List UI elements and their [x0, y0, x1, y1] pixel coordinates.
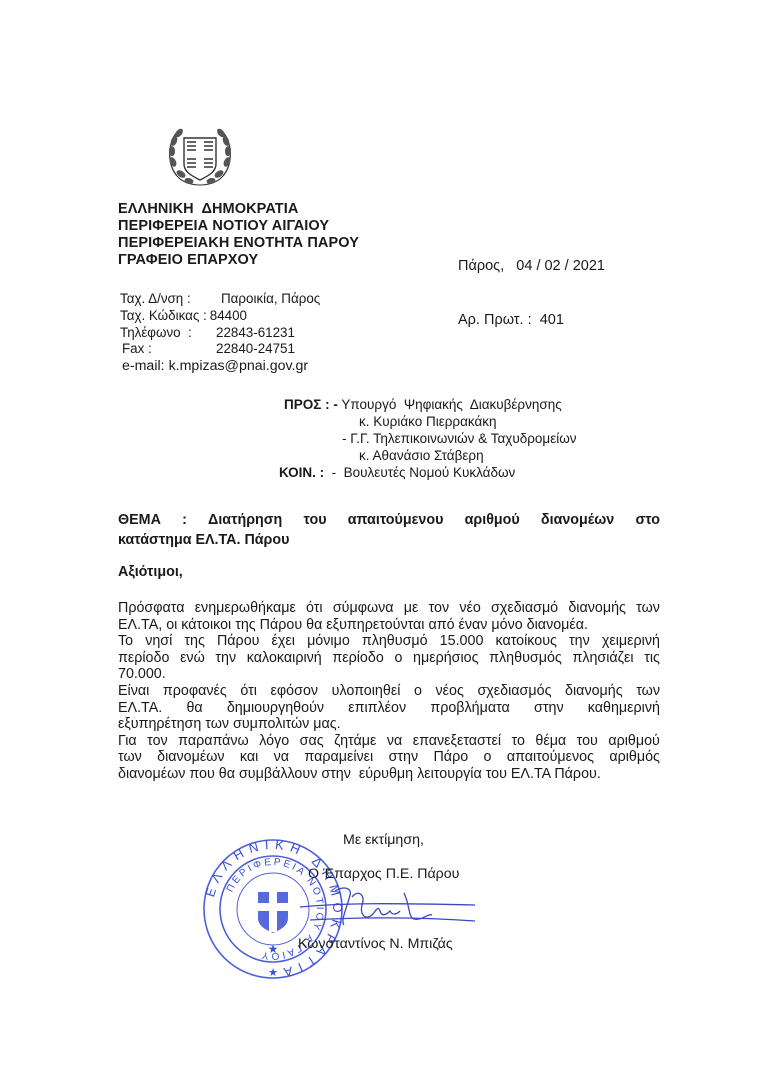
letter-body: Πρόσφαταενημερωθήκαμεότισύμφωναμετοννέοσ… — [118, 600, 660, 783]
recipient-line: Υπουργό Ψηφιακής Διακυβέρνησης — [341, 397, 561, 412]
phone: 22843-61231 — [216, 325, 295, 342]
email-label: e-mail: — [122, 358, 165, 375]
fax-label: Fax : — [120, 341, 216, 358]
date: 04 / 02 / 2021 — [516, 258, 605, 274]
postal-code: 84400 — [210, 308, 247, 325]
body-line: Πρόσφαταενημερωθήκαμεότισύμφωναμετοννέοσ… — [118, 600, 660, 617]
subject-word: αριθμού — [465, 510, 520, 530]
recipient-line: - Γ.Γ. Τηλεπικοινωνιών & Ταχυδρομείων — [342, 431, 577, 446]
greeting: Αξιότιμοι, — [118, 564, 183, 580]
recipient-line: κ. Κυριάκο Πιερρακάκη — [359, 414, 497, 429]
body-line: τωνδιανομέωνκαιναπαραμείνειστηνΠάροοαπαι… — [118, 749, 660, 766]
recipients-block: ΠΡΟΣ : - Υπουργό Ψηφιακής Διακυβέρνησης … — [284, 396, 577, 481]
place: Πάρος, — [458, 258, 504, 274]
header-line: ΠΕΡΙΦΕΡΕΙΑ ΝΟΤΙΟΥ ΑΙΓΑΙΟΥ — [118, 218, 359, 235]
cc-label: ΚΟΙΝ. : — [279, 465, 324, 480]
address-label: Ταχ. Δ/νση : — [120, 291, 221, 308]
protocol-number: 401 — [540, 312, 564, 328]
handwritten-signature — [300, 885, 475, 935]
subject-word: απαιτούμενου — [348, 510, 444, 530]
to-label: ΠΡΟΣ : - — [284, 397, 338, 412]
subject-word: του — [303, 510, 326, 530]
fax: 22840-24751 — [216, 341, 295, 358]
address: Παροικία, Πάρος — [221, 291, 320, 308]
body-line: 70.000. — [118, 666, 660, 683]
header-line: ΕΛΛΗΝΙΚΗ ΔΗΜΟΚΡΑΤΙΑ — [118, 201, 359, 218]
svg-text:★: ★ — [268, 967, 278, 979]
svg-text:★: ★ — [268, 942, 279, 956]
body-line: ΤονησίτηςΠάρουέχειμόνιμοπληθυσμό15.000κα… — [118, 633, 660, 650]
header-line: ΓΡΑΦΕΙΟ ΕΠΑΡΧΟΥ — [118, 252, 359, 269]
subject-word: Διατήρηση — [208, 510, 282, 530]
phone-label: Τηλέφωνο : — [120, 325, 216, 342]
place-date-block: Πάρος, 04 / 02 / 2021 Αρ. Πρωτ. : 401 — [458, 221, 605, 347]
subject-word: στο — [635, 510, 660, 530]
body-line: Γιατονπαραπάνωλόγοσαςζητάμεναεπανεξεταστ… — [118, 733, 660, 750]
issuer-header: ΕΛΛΗΝΙΚΗ ΔΗΜΟΚΡΑΤΙΑ ΠΕΡΙΦΕΡΕΙΑ ΝΟΤΙΟΥ ΑΙ… — [118, 201, 359, 269]
body-line: Είναιπροφανέςότιεφόσονυλοποιηθείονέοςσχε… — [118, 683, 660, 700]
signer-title: Ο Έπαρχος Π.Ε. Πάρου — [308, 866, 459, 882]
body-line: εξυπηρέτηση των συμπολιτών μας. — [118, 716, 660, 733]
recipient-line: κ. Αθανάσιο Στάβερη — [359, 448, 484, 463]
postal-label: Ταχ. Κώδικας : — [120, 308, 207, 325]
subject-colon: : — [182, 510, 187, 530]
email-link[interactable]: k.mpizas@pnai.gov.gr — [169, 358, 309, 375]
header-line: ΠΕΡΙΦΕΡΕΙΑΚΗ ΕΝΟΤΗΤΑ ΠΑΡΟΥ — [118, 235, 359, 252]
subject-line-2: κατάστημα ΕΛ.ΤΑ. Πάρου — [118, 530, 660, 550]
subject-block: ΘΕΜΑ : Διατήρησητουαπαιτούμενουαριθμούδι… — [118, 510, 660, 550]
cc-line: - Βουλευτές Νομού Κυκλάδων — [332, 465, 516, 480]
signer-name: Κωνσταντίνος Ν. Μπιζάς — [298, 936, 453, 952]
subject-label: ΘΕΜΑ — [118, 510, 161, 530]
contact-block: Ταχ. Δ/νση :Παροικία, Πάρος Ταχ. Κώδικας… — [120, 291, 320, 375]
body-line: περίοδοενώτηνκαλοκαιρινήπερίοδοοημερήσιο… — [118, 650, 660, 667]
body-line: διανομέων που θα συμβάλλουν στην εύρυθμη… — [118, 766, 660, 783]
greek-coat-of-arms-icon — [165, 118, 235, 192]
closing-regards: Με εκτίμηση, — [343, 831, 424, 849]
subject-word: διανομέων — [541, 510, 614, 530]
body-line: ΕΛ.ΤΑ, οι κάτοικοι της Πάρου θα εξυπηρετ… — [118, 617, 660, 634]
body-line: ΕΛ.ΤΑ.θαδημιουργηθούνεπιπλέονπροβλήματασ… — [118, 700, 660, 717]
protocol-label: Αρ. Πρωτ. : — [458, 312, 532, 328]
